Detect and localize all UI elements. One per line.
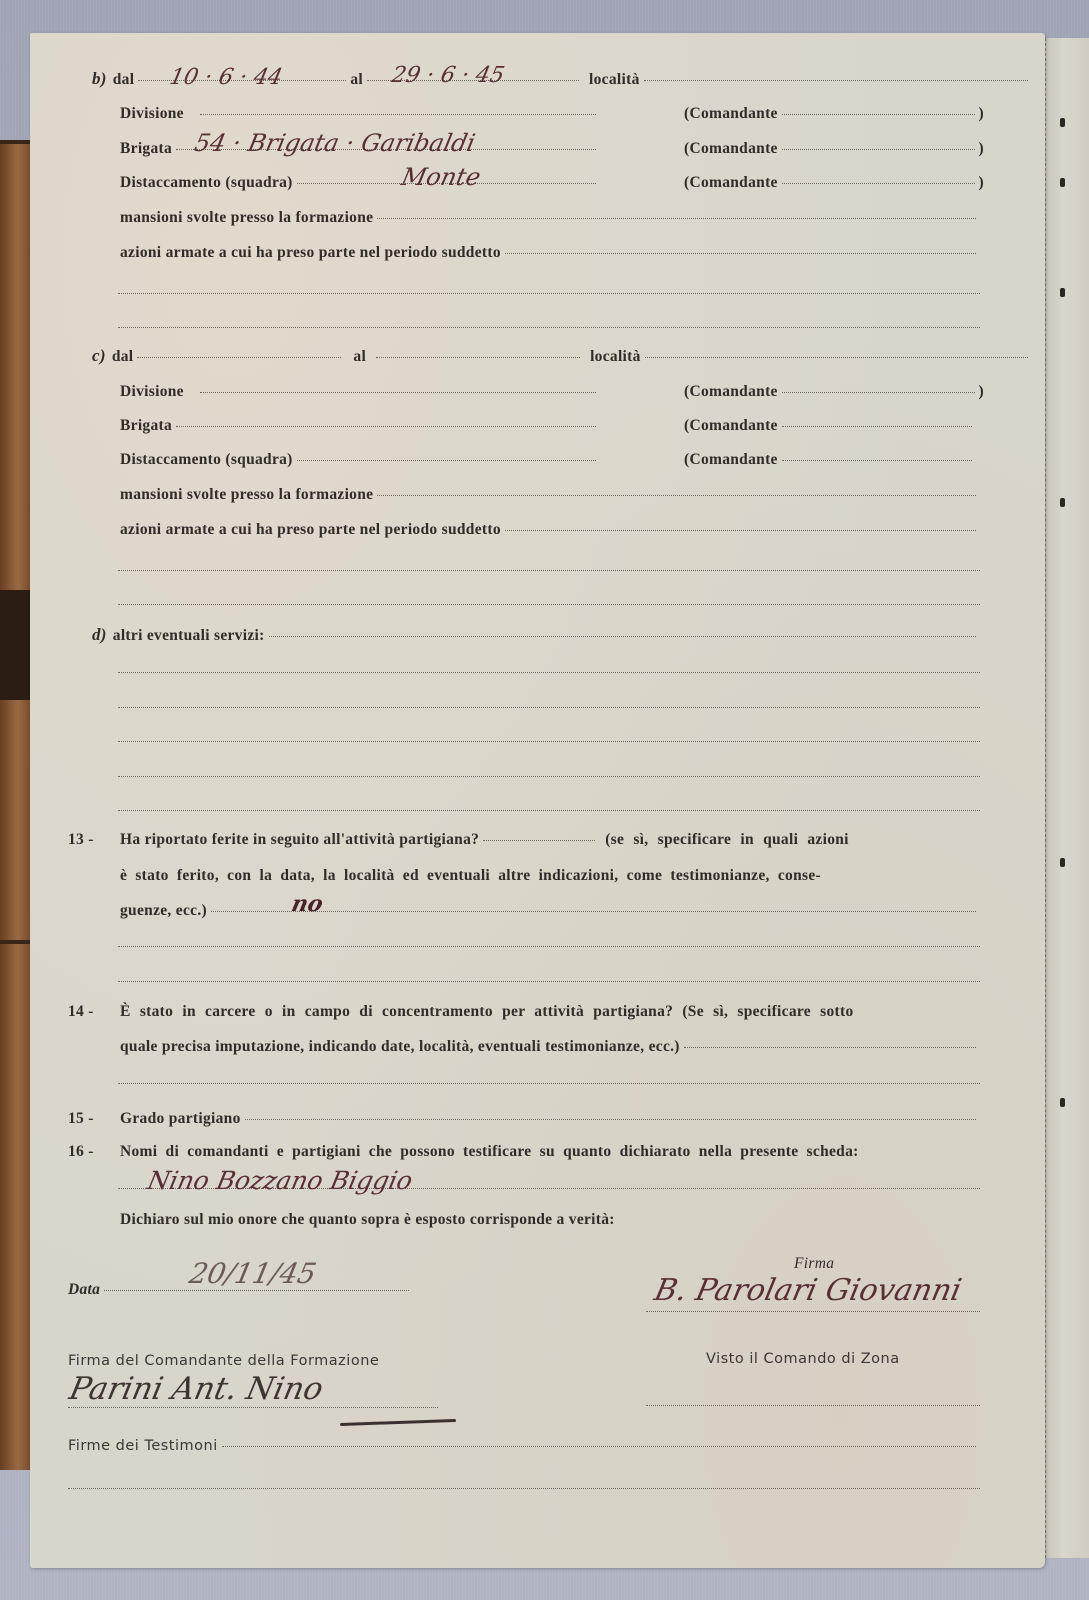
q14-extra-line[interactable]	[118, 1083, 980, 1084]
brigata-row: Brigata	[120, 417, 600, 435]
distaccamento-handwritten-value: Monte	[399, 163, 483, 191]
firma-label-row: Firma	[794, 1255, 834, 1273]
firma-handwritten-signature: B. Parolari Giovanni	[651, 1273, 964, 1308]
dal-label: dal	[112, 348, 134, 366]
next-page-mark	[1060, 288, 1065, 297]
section-d-marker: d)	[92, 625, 107, 645]
mansioni-field[interactable]	[377, 217, 976, 219]
azioni-extra-line[interactable]	[118, 327, 980, 328]
brigata-comandante-row: (Comandante )	[684, 140, 984, 158]
comando-zona-label: Visto il Comando di Zona	[706, 1351, 900, 1367]
q13-question-line3: guenze, ecc.)	[120, 902, 207, 920]
comandante-field[interactable]	[782, 182, 975, 184]
firma-label: Firma	[794, 1255, 834, 1273]
declaration-text: Dichiaro sul mio onore che quanto sopra …	[120, 1211, 615, 1229]
q13-handwritten-answer: no	[289, 891, 325, 917]
distaccamento-row: Distaccamento (squadra)	[120, 174, 600, 192]
binder-band	[0, 940, 30, 944]
divisione-comandante-row: (Comandante )	[684, 383, 984, 401]
q16-number: 16 -	[68, 1143, 120, 1161]
mansioni-label: mansioni svolte presso la formazione	[120, 209, 373, 227]
divisione-field[interactable]	[200, 113, 596, 115]
q16-label: Nomi di comandanti e partigiani che poss…	[120, 1143, 859, 1161]
azioni-extra-line[interactable]	[118, 604, 980, 605]
localita-label: località	[590, 348, 641, 366]
comandante-formazione-label-row: Firma del Comandante della Formazione	[68, 1353, 379, 1369]
comandante-field[interactable]	[782, 425, 972, 427]
azioni-label: azioni armate a cui ha preso parte nel p…	[120, 521, 501, 539]
comandante-label: (Comandante	[684, 174, 778, 192]
section-c-period-row: c) dal al località	[92, 346, 1032, 366]
comando-zona-label-row: Visto il Comando di Zona	[706, 1351, 900, 1367]
q13-number: 13 -	[68, 831, 120, 849]
close-paren: )	[979, 140, 984, 158]
next-page-mark	[1060, 498, 1065, 507]
q16-row: 16 - Nomi di comandanti e partigiani che…	[68, 1143, 988, 1161]
mansioni-row: mansioni svolte presso la formazione	[120, 209, 980, 227]
divisione-label: Divisione	[120, 105, 184, 123]
al-label: al	[353, 348, 366, 366]
dal-field[interactable]	[137, 357, 341, 358]
comandante-field[interactable]	[782, 459, 972, 461]
mansioni-row: mansioni svolte presso la formazione	[120, 486, 980, 504]
form-page: b) dal al località 10 · 6 · 44 29 · 6 · …	[30, 33, 1045, 1568]
comandante-formazione-signature: Parini Ant. Nino	[66, 1371, 326, 1407]
comandante-field[interactable]	[782, 148, 975, 150]
close-paren: )	[979, 105, 984, 123]
next-page-mark	[1060, 118, 1065, 127]
altri-servizi-line[interactable]	[118, 672, 980, 673]
comandante-formazione-label: Firma del Comandante della Formazione	[68, 1353, 379, 1369]
divisione-comandante-row: (Comandante )	[684, 105, 984, 123]
distaccamento-comandante-row: (Comandante	[684, 451, 976, 469]
q13-question: Ha riportato ferite in seguito all'attiv…	[120, 831, 479, 849]
azioni-extra-line[interactable]	[118, 570, 980, 571]
testimoni-row: Firme dei Testimoni	[68, 1438, 980, 1454]
q13-extra-line[interactable]	[118, 981, 980, 982]
distaccamento-label: Distaccamento (squadra)	[120, 451, 293, 469]
data-handwritten-value: 20/11/45	[186, 1257, 319, 1290]
localita-field[interactable]	[644, 79, 1028, 81]
azioni-field[interactable]	[505, 529, 976, 531]
q13-extra-line[interactable]	[118, 946, 980, 947]
comandante-field[interactable]	[782, 391, 975, 393]
altri-servizi-line[interactable]	[118, 776, 980, 777]
q15-number: 15 -	[68, 1110, 120, 1128]
altri-servizi-line[interactable]	[118, 741, 980, 742]
next-page-mark	[1060, 858, 1065, 867]
section-b-marker: b)	[92, 69, 107, 89]
q15-label: Grado partigiano	[120, 1110, 241, 1128]
q14-row-1: 14 - È stato in carcere o in campo di co…	[68, 1003, 988, 1021]
distaccamento-row: Distaccamento (squadra)	[120, 451, 600, 469]
altri-servizi-line[interactable]	[118, 810, 980, 811]
comandante-label: (Comandante	[684, 383, 778, 401]
comandante-label: (Comandante	[684, 105, 778, 123]
close-paren: )	[979, 174, 984, 192]
signature-underline	[340, 1419, 456, 1426]
brigata-field[interactable]	[176, 425, 596, 427]
comandante-formazione-field[interactable]	[68, 1407, 438, 1408]
brigata-comandante-row: (Comandante	[684, 417, 976, 435]
next-page-edge	[1045, 38, 1089, 1558]
q16-handwritten-answer: Nino Bozzano Biggio	[145, 1166, 415, 1195]
data-label: Data	[68, 1281, 100, 1299]
al-label: al	[350, 71, 363, 89]
section-d-row: d) altri eventuali servizi:	[92, 625, 980, 645]
q13-answer-field[interactable]	[211, 910, 976, 912]
divisione-row: Divisione	[120, 383, 600, 401]
q13-row-1: 13 - Ha riportato ferite in seguito all'…	[68, 831, 988, 849]
q14-question-line2: quale precisa imputazione, indicando dat…	[120, 1038, 680, 1056]
comandante-field[interactable]	[782, 113, 975, 115]
comandante-label: (Comandante	[684, 451, 778, 469]
binder-edge	[0, 140, 30, 1470]
comando-zona-field[interactable]	[646, 1405, 980, 1406]
comandante-label: (Comandante	[684, 140, 778, 158]
q13-row-3: guenze, ecc.)	[120, 902, 980, 920]
localita-field[interactable]	[645, 356, 1028, 358]
azioni-row: azioni armate a cui ha preso parte nel p…	[120, 521, 980, 539]
grado-partigiano-field[interactable]	[245, 1118, 976, 1120]
mansioni-field[interactable]	[377, 494, 976, 496]
q13-row-2: è stato ferito, con la data, la località…	[120, 867, 988, 885]
mansioni-label: mansioni svolte presso la formazione	[120, 486, 373, 504]
declaration-row: Dichiaro sul mio onore che quanto sopra …	[120, 1211, 920, 1229]
azioni-field[interactable]	[505, 252, 976, 254]
brigata-handwritten-value: 54 · Brigata · Garibaldi	[192, 129, 478, 157]
altri-servizi-line[interactable]	[118, 707, 980, 708]
q15-row: 15 - Grado partigiano	[68, 1110, 980, 1128]
section-c-marker: c)	[92, 346, 106, 366]
altri-servizi-label: altri eventuali servizi:	[113, 627, 265, 645]
dal-handwritten-value: 10 · 6 · 44	[167, 65, 284, 90]
brigata-label: Brigata	[120, 140, 172, 158]
close-paren: )	[979, 383, 984, 401]
binder-band	[0, 140, 30, 144]
divisione-row: Divisione	[120, 105, 600, 123]
azioni-extra-line[interactable]	[118, 293, 980, 294]
divisione-label: Divisione	[120, 383, 184, 401]
distaccamento-label: Distaccamento (squadra)	[120, 174, 293, 192]
brigata-label: Brigata	[120, 417, 172, 435]
al-field[interactable]	[376, 357, 580, 358]
azioni-label: azioni armate a cui ha preso parte nel p…	[120, 244, 501, 262]
q13-yesno-field[interactable]	[483, 840, 595, 841]
testimoni-extra-line[interactable]	[68, 1488, 980, 1489]
q14-question: È stato in carcere o in campo di concent…	[120, 1003, 854, 1021]
azioni-row: azioni armate a cui ha preso parte nel p…	[120, 244, 980, 262]
localita-label: località	[589, 71, 640, 89]
firma-field[interactable]	[646, 1311, 980, 1312]
next-page-mark	[1060, 1098, 1065, 1107]
altri-servizi-field[interactable]	[269, 635, 976, 637]
testimoni-field[interactable]	[222, 1445, 976, 1447]
distaccamento-comandante-row: (Comandante )	[684, 174, 984, 192]
testimoni-label: Firme dei Testimoni	[68, 1438, 218, 1454]
divisione-field[interactable]	[200, 391, 596, 393]
dal-label: dal	[113, 71, 135, 89]
q13-question-line2: è stato ferito, con la data, la località…	[120, 867, 821, 885]
q13-question-tail: (se sì, specificare in quali azioni	[605, 831, 849, 849]
q14-answer-field[interactable]	[684, 1046, 976, 1048]
q14-row-2: quale precisa imputazione, indicando dat…	[120, 1038, 980, 1056]
binder-band	[0, 590, 30, 700]
al-handwritten-value: 29 · 6 · 45	[389, 63, 506, 88]
comandante-label: (Comandante	[684, 417, 778, 435]
q14-number: 14 -	[68, 1003, 120, 1021]
distaccamento-field[interactable]	[297, 459, 596, 461]
next-page-mark	[1060, 178, 1065, 187]
